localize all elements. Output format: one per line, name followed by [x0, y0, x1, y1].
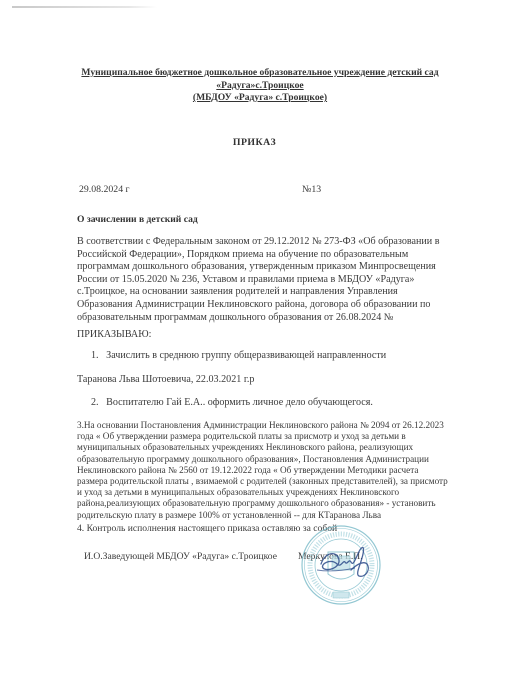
- header-line-1: Муниципальное бюджетное дошкольное образ…: [60, 67, 460, 80]
- item3-line: района,реализующих образовательную прогр…: [77, 498, 487, 509]
- item3-line: родительскую плату в размере 100% от уст…: [77, 510, 487, 521]
- item3-line: размера родительской платы , взимаемой с…: [77, 476, 487, 487]
- item3-line: года « Об утверждении размера родительск…: [77, 431, 487, 442]
- signatory-position: И.О.Заведующей МБДОУ «Радуга» с.Троицкое: [84, 551, 277, 562]
- institution-header: Муниципальное бюджетное дошкольное образ…: [60, 67, 460, 105]
- preamble-paragraph: В соответствии с Федеральным законом от …: [77, 236, 477, 324]
- child-name: Таранова Льва Шотоевича, 22.03.2021 г.р: [77, 374, 254, 385]
- item-number: 1.: [91, 350, 99, 361]
- scan-artifact-line: [12, 6, 157, 8]
- item-text: Зачислить в среднюю группу общеразвивающ…: [106, 350, 386, 361]
- signature-icon: [315, 542, 385, 582]
- order-word: ПРИКАЗЫВАЮ:: [77, 329, 151, 340]
- order-item-4: 4. Контроль исполнения настоящего приказ…: [77, 523, 337, 534]
- document-number: №13: [302, 184, 321, 195]
- item-text: Воспитателю Гай Е.А.. оформить личное де…: [106, 397, 373, 408]
- signatory-name: Меркулова Е.П.: [298, 551, 363, 562]
- order-item-3: 3.На основании Постановления Администрац…: [77, 420, 487, 521]
- preamble-line: Образования Администрации Неклиновского …: [77, 299, 477, 312]
- header-line-3: (МБДОУ «Радуга» с.Троицкое): [60, 92, 460, 105]
- item3-line: муниципальных образовательных учреждения…: [77, 442, 487, 453]
- document-subject: О зачислении в детский сад: [77, 214, 198, 225]
- order-item-2: 2. Воспитателю Гай Е.А.. оформить личное…: [91, 397, 373, 408]
- item3-line: 3.На основании Постановления Администрац…: [77, 420, 487, 431]
- order-item-1: 1. Зачислить в среднюю группу общеразвив…: [91, 350, 386, 361]
- preamble-line: программам дошкольного образования, утве…: [77, 261, 477, 274]
- preamble-line: России от 15.05.2020 № 236, Уставом и пр…: [77, 274, 477, 287]
- document-title: ПРИКАЗ: [0, 137, 509, 148]
- item3-line: и уход за детьми в муниципальных образов…: [77, 487, 487, 498]
- preamble-line: с.Троицкое, на основании заявления родит…: [77, 286, 477, 299]
- item-number: 2.: [91, 397, 99, 408]
- item3-line: образовательную программу дошкольного об…: [77, 454, 487, 465]
- item3-line: Неклиновского района № 2560 от 19.12.202…: [77, 465, 487, 476]
- header-line-2: «Радуга»с.Троицкое: [60, 80, 460, 93]
- preamble-line: Российской Федерации», Порядком приема н…: [77, 249, 477, 262]
- document-page: Муниципальное бюджетное дошкольное образ…: [0, 0, 509, 700]
- preamble-line: В соответствии с Федеральным законом от …: [77, 236, 477, 249]
- signature-block: И.О.Заведующей МБДОУ «Радуга» с.Троицкое…: [84, 551, 277, 562]
- preamble-line: образовательным программам дошкольного о…: [77, 312, 477, 325]
- document-date: 29.08.2024 г: [79, 184, 130, 195]
- official-stamp-icon: [300, 524, 382, 606]
